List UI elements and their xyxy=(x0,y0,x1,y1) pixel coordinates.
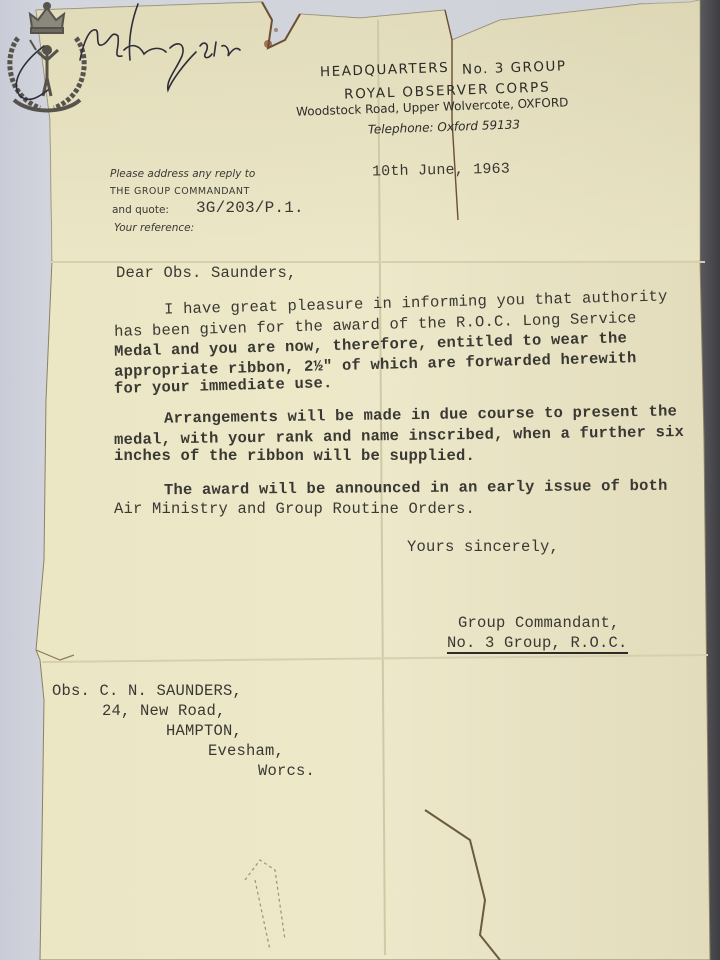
recipient-name: Obs. C. N. SAUNDERS, xyxy=(52,682,242,700)
body-line: inches of the ribbon will be supplied. xyxy=(114,447,475,465)
recipient-county: Worcs. xyxy=(258,762,315,780)
letter-date: 10th June, 1963 xyxy=(372,161,510,181)
quote-reference: 3G/203/P.1. xyxy=(196,199,304,217)
signatory-title: Group Commandant, xyxy=(458,614,620,632)
recipient-town: Evesham, xyxy=(208,742,284,760)
valediction: Yours sincerely, xyxy=(407,538,559,556)
letter-paper: HEADQUARTERS No. 3 GROUP ROYAL OBSERVER … xyxy=(0,0,720,960)
signatory-unit: No. 3 Group, R.O.C. xyxy=(447,634,628,654)
body-line: Air Ministry and Group Routine Orders. xyxy=(114,500,475,518)
reply-instruction: Please address any reply to xyxy=(110,168,255,180)
handwritten-signature xyxy=(0,0,270,110)
recipient-village: HAMPTON, xyxy=(166,722,242,740)
recipient-street: 24, New Road, xyxy=(102,702,226,720)
quote-label: and quote: xyxy=(112,204,169,216)
reply-addressee: THE GROUP COMMANDANT xyxy=(110,186,250,197)
salutation: Dear Obs. Saunders, xyxy=(116,264,297,282)
your-reference-label: Your reference: xyxy=(114,222,194,234)
